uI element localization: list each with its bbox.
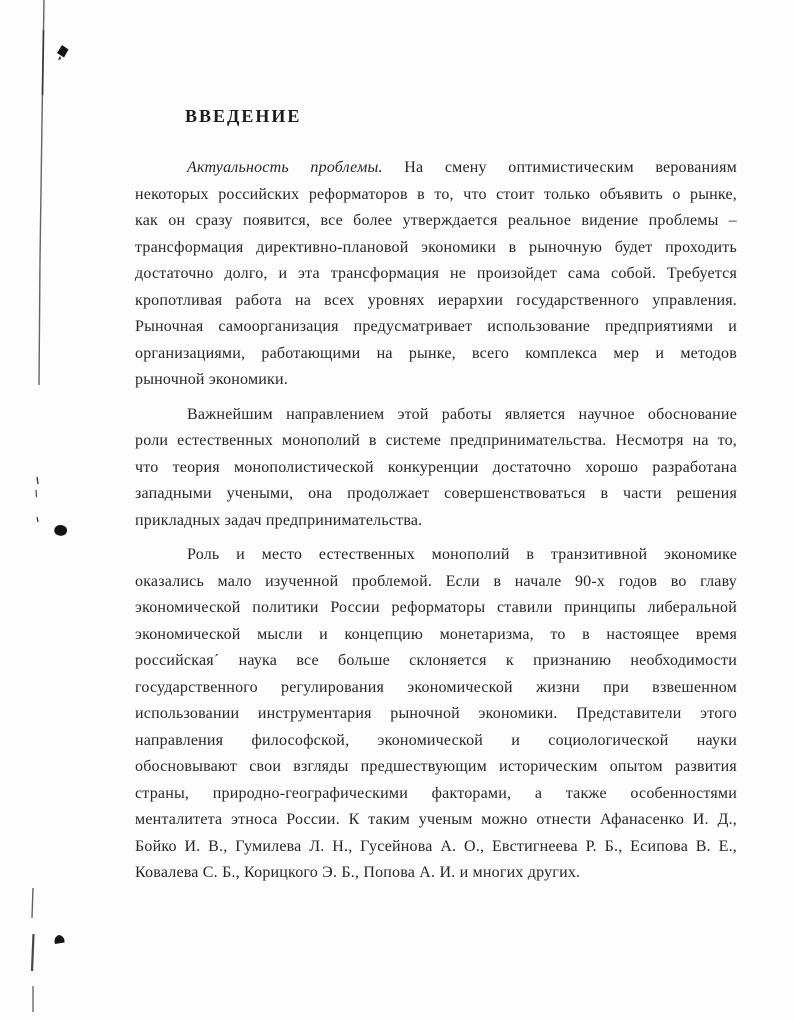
text-segment: оказались мало изученной проблемой. Если… (135, 573, 737, 590)
paragraph: Актуальность проблемы. На смену оптимист… (135, 155, 737, 394)
text-line: кропотливая работа на всех уровнях иерар… (135, 288, 737, 315)
ink-speck-1 (37, 477, 38, 484)
text-line: экономической мысли и концепцию монетари… (135, 622, 737, 649)
text-segment: страны, природно-географическими фактора… (135, 785, 737, 802)
text-line: роли естественных монополий в системе пр… (135, 428, 737, 455)
text-line: экономической политики России реформатор… (135, 595, 737, 622)
text-line: Ковалева С. Б., Корицкого Э. Б., Попова … (135, 860, 737, 887)
text-segment: использовании инструментария рыночной эк… (135, 705, 737, 722)
text-segment: На смену оптимистическим верованиям (404, 159, 737, 176)
text-line: Роль и место естественных монополий в тр… (135, 542, 737, 569)
italic-text-segment: Актуальность проблемы. (187, 159, 383, 176)
text-segment: кропотливая работа на всех уровнях иерар… (135, 292, 737, 309)
text-segment: государственного регулирования экономиче… (135, 679, 737, 696)
ink-blob-middle (54, 525, 67, 536)
text-segment: роли естественных монополий в системе пр… (135, 432, 737, 449)
text-line: прикладных задач предпринимательства. (135, 508, 737, 535)
text-segment: Рыночная самоорганизация предусматривает… (135, 318, 737, 335)
text-line: российская´ наука все больше склоняется … (135, 648, 737, 675)
text-line: Важнейшим направлением этой работы являе… (135, 402, 737, 429)
text-line: рыночной экономики. (135, 367, 737, 394)
text-line: что теория монополистической конкуренции… (135, 455, 737, 482)
text-line: менталитета этноса России. К таким учены… (135, 807, 737, 834)
text-line: оказались мало изученной проблемой. Если… (135, 569, 737, 596)
ink-speck-2 (36, 490, 37, 497)
text-line: Рыночная самоорганизация предусматривает… (135, 314, 737, 341)
text-segment: экономической мысли и концепцию монетари… (135, 626, 737, 643)
text-segment: менталитета этноса России. К таким учены… (135, 811, 737, 828)
page-title: ВВЕДЕНИЕ (185, 107, 301, 125)
text-segment: обосновывают свои взгляды предшествующим… (135, 758, 737, 775)
text-segment: трансформация директивно-плановой эконом… (135, 239, 737, 256)
ink-blob-bottom (54, 935, 64, 944)
scan-edge-line-top (39, 0, 44, 385)
text-line: западными учеными, она продолжает соверш… (135, 481, 737, 508)
text-segment: западными учеными, она продолжает соверш… (135, 485, 737, 502)
text-segment: Ковалева С. Б., Корицкого Э. Б., Попова … (135, 864, 580, 881)
text-line: организациями, работающими на рынке, все… (135, 341, 737, 368)
text-segment: российская´ наука все больше склоняется … (135, 652, 737, 669)
text-segment: как он сразу появится, все более утвержд… (135, 212, 737, 229)
scanned-page: ВВЕДЕНИЕ Актуальность проблемы. На смену… (0, 0, 794, 1021)
text-segment: рыночной экономики. (135, 371, 288, 388)
text-segment: Бойко И. В., Гумилева Л. Н., Гусейнова А… (135, 838, 737, 855)
text-segment: достаточно долго, и эта трансформация не… (135, 265, 737, 282)
text-line: достаточно долго, и эта трансформация не… (135, 261, 737, 288)
text-segment: что теория монополистической конкуренции… (135, 459, 737, 476)
text-line: Бойко И. В., Гумилева Л. Н., Гусейнова А… (135, 834, 737, 861)
text-line: Актуальность проблемы. На смену оптимист… (135, 155, 737, 182)
text-line: как он сразу появится, все более утвержд… (135, 208, 737, 235)
text-line: трансформация директивно-плановой эконом… (135, 235, 737, 262)
ink-speck-3 (37, 517, 38, 522)
text-segment: экономической политики России реформатор… (135, 599, 737, 616)
text-segment: некоторых российских реформаторов в то, … (135, 186, 737, 203)
text-segment: направления философской, экономической и… (135, 732, 737, 749)
scan-edge-line-bottom-1 (32, 888, 33, 918)
text-segment: прикладных задач предпринимательства. (135, 512, 422, 529)
text-segment: организациями, работающими на рынке, все… (135, 345, 737, 362)
text-line: использовании инструментария рыночной эк… (135, 701, 737, 728)
scan-edge-line-top-dark (43, 30, 44, 95)
text-segment: Роль и место естественных монополий в тр… (187, 546, 737, 563)
text-line: обосновывают свои взгляды предшествующим… (135, 754, 737, 781)
text-line: некоторых российских реформаторов в то, … (135, 182, 737, 209)
text-line: государственного регулирования экономиче… (135, 675, 737, 702)
ink-blob-top (57, 45, 69, 60)
paragraph: Важнейшим направлением этой работы являе… (135, 402, 737, 535)
text-line: страны, природно-географическими фактора… (135, 781, 737, 808)
text-segment: Важнейшим направлением этой работы являе… (187, 406, 737, 423)
document-body: Актуальность проблемы. На смену оптимист… (135, 155, 737, 887)
text-line: направления философской, экономической и… (135, 728, 737, 755)
paragraph: Роль и место естественных монополий в тр… (135, 542, 737, 887)
scan-edge-line-bottom-2 (32, 934, 34, 971)
